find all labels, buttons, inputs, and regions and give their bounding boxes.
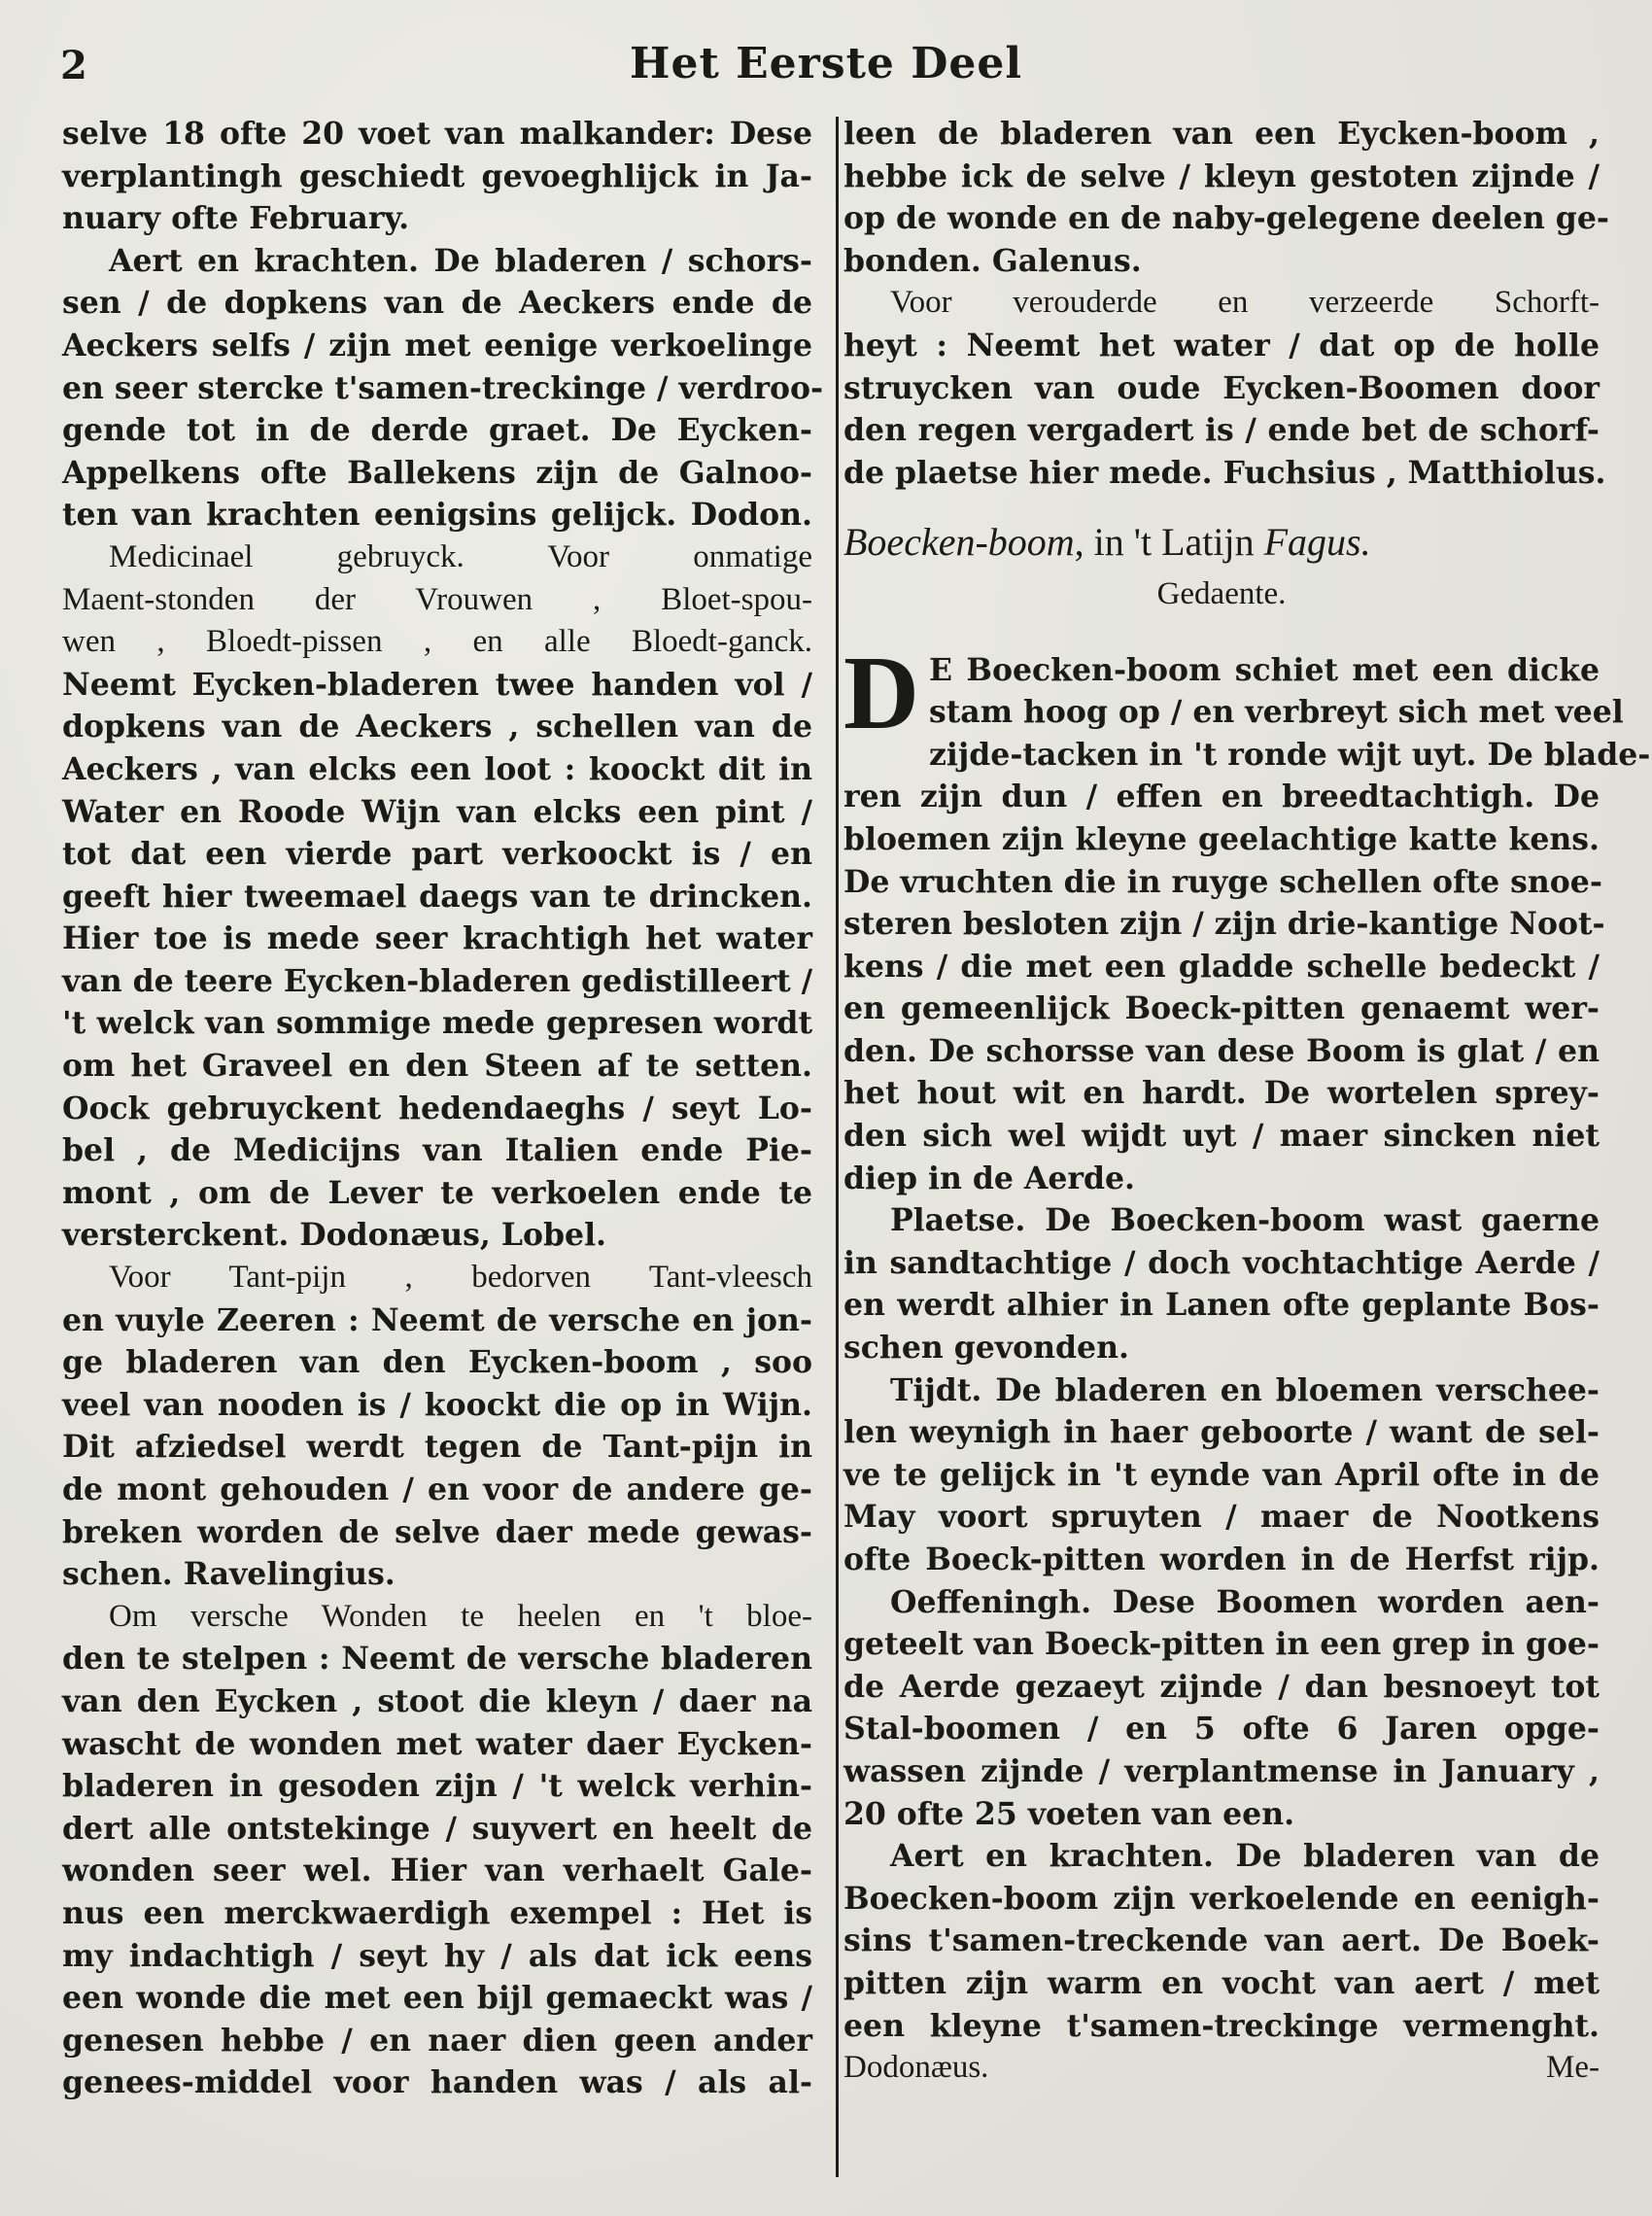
paragraph-schorftheyt: Voor verouderde en verzeerde Schorft- xyxy=(843,282,1600,325)
text-line: de plaetse hier mede. Fuchsius , Matthio… xyxy=(843,452,1600,495)
text-line: zijde-tacken in 't ronde wijt uyt. De bl… xyxy=(843,734,1600,777)
text-line: ge bladeren van den Eycken-boom , soo xyxy=(62,1341,812,1384)
text-line: wen , Bloedt-pissen , en alle Bloedt-gan… xyxy=(62,621,812,664)
subheading-gedaente: Gedaente. xyxy=(843,573,1600,616)
text-line: den regen vergadert is / ende bet de sch… xyxy=(843,409,1600,452)
text-line: breken worden de selve daer mede gewas- xyxy=(62,1511,812,1554)
paragraph-oeffeningh: Oeffeningh. Dese Boomen worden aen- xyxy=(843,1581,1600,1624)
text-line: Appelkens ofte Ballekens zijn de Galnoo- xyxy=(62,452,812,495)
text-line: ren zijn dun / effen en breedtachtigh. D… xyxy=(843,776,1600,818)
text-line: stam hoog op / en verbreyt sich met veel xyxy=(843,691,1600,734)
text-line: wassen zijnde / verplantmense in January… xyxy=(843,1750,1600,1793)
text-line: 't welck van sommige mede gepresen wordt xyxy=(62,1002,812,1045)
text-line: den te stelpen : Neemt de versche blader… xyxy=(62,1638,812,1680)
text-line: Boecken-boom zijn verkoelende en eenigh- xyxy=(843,1878,1600,1921)
text-line: mont , om de Lever te verkoelen ende te xyxy=(62,1172,812,1215)
text-line: heyt : Neemt het water / dat op de holle xyxy=(843,325,1600,367)
text-line: een kleyne t'samen-treckinge vermenght. xyxy=(843,2005,1600,2048)
paragraph-tant-pijn: Voor Tant-pijn , bedorven Tant-vleesch xyxy=(62,1257,812,1299)
right-column: leen de bladeren van een Eycken-boom , h… xyxy=(843,113,1600,2090)
text-line: tot dat een vierde part verkoockt is / e… xyxy=(62,833,812,876)
text-line: ofte Boeck-pitten worden in de Herfst ri… xyxy=(843,1539,1600,1581)
text-line: het hout wit en hardt. De wortelen sprey… xyxy=(843,1072,1600,1115)
text-line: wonden seer wel. Hier van verhaelt Gale- xyxy=(62,1850,812,1892)
text-line: my indachtigh / seyt hy / als dat ick ee… xyxy=(62,1935,812,1978)
paragraph-tijdt: Tijdt. De bladeren en bloemen verschee- xyxy=(843,1369,1600,1412)
heading-middle: , in 't Latijn xyxy=(1075,520,1264,564)
text-line: en gemeenlijck Boeck-pitten genaemt wer- xyxy=(843,987,1600,1030)
text-line: en seer stercke t'samen-treckinge / verd… xyxy=(62,367,812,410)
text-line: len weynigh in haer geboorte / want de s… xyxy=(843,1411,1600,1454)
text-line: en werdt alhier in Lanen ofte geplante B… xyxy=(843,1284,1600,1327)
text-line: versterckent. Dodonæus, Lobel. xyxy=(62,1214,812,1257)
text-line: op de wonde en de naby-gelegene deelen g… xyxy=(843,197,1600,240)
text-line: den. De schorsse van dese Boom is glat /… xyxy=(843,1030,1600,1073)
paragraph-aert-en-krachten-boecken: Aert en krachten. De bladeren van de xyxy=(843,1835,1600,1878)
text-line: Stal-boomen / en 5 ofte 6 Jaren opge- xyxy=(843,1708,1600,1750)
text-line: Aeckers selfs / zijn met eenige verkoeli… xyxy=(62,325,812,367)
text-line: ve te gelijck in 't eynde van April ofte… xyxy=(843,1454,1600,1497)
text-line: een wonde die met een bijl gemaeckt was … xyxy=(62,1977,812,2020)
citation: Dodonæus. xyxy=(843,2050,988,2085)
text-line: sen / de dopkens van de Aeckers ende de xyxy=(62,282,812,325)
text-line: veel van nooden is / koockt die op in Wi… xyxy=(62,1384,812,1427)
text-line: nus een merckwaerdigh exempel : Het is xyxy=(62,1892,812,1935)
text-line: genesen hebbe / en naer dien geen ander xyxy=(62,2020,812,2062)
text-line: geeft hier tweemael daegs van te drincke… xyxy=(62,876,812,918)
text-line: ten van krachten eenigsins gelijck. Dodo… xyxy=(62,494,812,537)
text-line: wascht de wonden met water daer Eycken- xyxy=(62,1723,812,1766)
heading-latin-name: Fagus. xyxy=(1264,520,1371,564)
text-line: Dodonæus.Me- xyxy=(843,2047,1600,2090)
dropcap-paragraph: D E Boecken-boom schiet met een dicke st… xyxy=(843,649,1600,734)
text-line: van den Eycken , stoot die kleyn / daer … xyxy=(62,1680,812,1723)
catchword: Me- xyxy=(1546,2047,1600,2090)
text-line: en vuyle Zeeren : Neemt de versche en jo… xyxy=(62,1299,812,1342)
paragraph-wonden: Om versche Wonden te heelen en 't bloe- xyxy=(62,1596,812,1639)
text-line: van de teere Eycken-bladeren gedistillee… xyxy=(62,960,812,1003)
text-line: selve 18 ofte 20 voet van malkander: Des… xyxy=(62,113,812,156)
text-line: Water en Roode Wijn van elcks een pint / xyxy=(62,791,812,834)
text-line: dert alle ontstekinge / suyvert en heelt… xyxy=(62,1808,812,1851)
text-line: Aeckers , van elcks een loot : koockt di… xyxy=(62,748,812,791)
text-line: diep in de Aerde. xyxy=(843,1158,1600,1200)
dropcap-letter: D xyxy=(843,651,919,735)
text-line: dopkens van de Aeckers , schellen van de xyxy=(62,706,812,748)
text-line: sins t'samen-treckende van aert. De Boek… xyxy=(843,1920,1600,1962)
text-line: de Aerde gezaeyt zijnde / dan besnoeyt t… xyxy=(843,1666,1600,1709)
text-line: geteelt van Boeck-pitten in een grep in … xyxy=(843,1623,1600,1666)
text-line: gende tot in de derde graet. De Eycken- xyxy=(62,409,812,452)
text-line: kens / die met een gladde schelle bedeck… xyxy=(843,946,1600,988)
text-line: Neemt Eycken-bladeren twee handen vol / xyxy=(62,664,812,707)
column-divider xyxy=(836,117,839,2177)
paragraph-plaetse: Plaetse. De Boecken-boom wast gaerne xyxy=(843,1199,1600,1242)
text-line: 20 ofte 25 voeten van een. xyxy=(843,1793,1600,1836)
text-line: steren besloten zijn / zijn drie-kantige… xyxy=(843,903,1600,946)
text-line: schen gevonden. xyxy=(843,1327,1600,1369)
text-line: Dit afziedsel werdt tegen de Tant-pijn i… xyxy=(62,1426,812,1469)
paragraph-aert-en-krachten: Aert en krachten. De bladeren / schors- xyxy=(62,240,812,283)
text-line: Oock gebruyckent hedendaeghs / seyt Lo- xyxy=(62,1088,812,1130)
text-line: leen de bladeren van een Eycken-boom , xyxy=(843,113,1600,156)
text-line: struycken van oude Eycken-Boomen door xyxy=(843,367,1600,410)
paragraph-medicinael-gebruyck: Medicinael gebruyck. Voor onmatige xyxy=(62,537,812,579)
text-line: Hier toe is mede seer krachtigh het wate… xyxy=(62,918,812,960)
text-line: May voort spruyten / maer de Nootkens xyxy=(843,1496,1600,1539)
text-line: Maent-stonden der Vrouwen , Bloet-spou- xyxy=(62,579,812,622)
text-line: De vruchten die in ruyge schellen ofte s… xyxy=(843,861,1600,904)
text-line: E Boecken-boom schiet met een dicke xyxy=(843,649,1600,692)
text-line: bloemen zijn kleyne geelachtige katte ke… xyxy=(843,818,1600,861)
text-line: pitten zijn warm en vocht van aert / met xyxy=(843,1962,1600,2005)
text-line: schen. Ravelingius. xyxy=(62,1553,812,1596)
text-line: de mont gehouden / en voor de andere ge- xyxy=(62,1469,812,1511)
text-line: in sandtachtige / doch vochtachtige Aerd… xyxy=(843,1242,1600,1285)
text-line: hebbe ick de selve / kleyn gestoten zijn… xyxy=(843,156,1600,198)
text-line: nuary ofte February. xyxy=(62,197,812,240)
running-head: Het Eerste Deel xyxy=(0,39,1652,88)
section-heading: Boecken-boom, in 't Latijn Fagus. xyxy=(843,521,1600,564)
text-line: verplantingh geschiedt gevoeghlijck in J… xyxy=(62,156,812,198)
text-line: genees-middel voor handen was / als al- xyxy=(62,2061,812,2104)
heading-common-name: Boecken-boom xyxy=(843,520,1075,564)
text-line: om het Graveel en den Steen af te setten… xyxy=(62,1045,812,1088)
text-line: bonden. Galenus. xyxy=(843,240,1600,283)
text-line: bladeren in gesoden zijn / 't welck verh… xyxy=(62,1765,812,1808)
text-line: den sich wel wijdt uyt / maer sincken ni… xyxy=(843,1115,1600,1158)
left-column: selve 18 ofte 20 voet van malkander: Des… xyxy=(62,113,812,2104)
text-line: bel , de Medicijns van Italien ende Pie- xyxy=(62,1129,812,1172)
